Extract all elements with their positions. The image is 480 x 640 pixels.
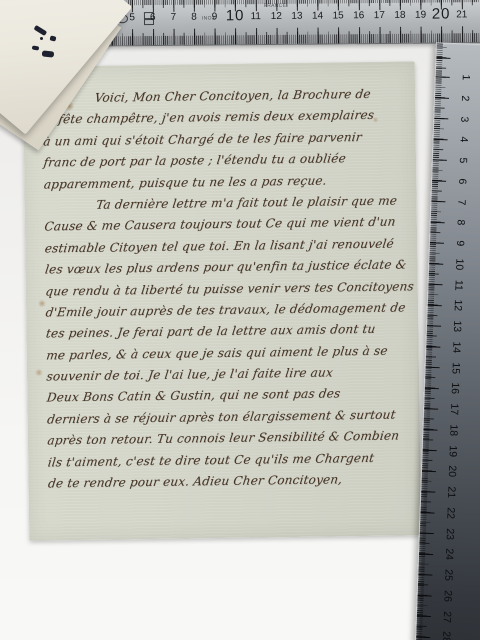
- france-engraving: FRANCE: [264, 3, 286, 9]
- inox-engraving: INOX: [202, 15, 215, 21]
- ruler-number: 18: [447, 424, 459, 436]
- tag-ink-marks: [26, 24, 68, 68]
- ruler-number: 8: [455, 219, 467, 225]
- ruler-number: 3: [458, 116, 470, 122]
- ruler-number: 13: [451, 320, 463, 332]
- ruler-number: 6: [456, 178, 468, 184]
- ruler-number: 22: [444, 507, 456, 519]
- ruler-number: 11: [251, 11, 261, 22]
- ruler-number: 10: [453, 258, 465, 270]
- ruler-number: 4: [457, 137, 469, 143]
- ruler-number: 14: [450, 341, 462, 353]
- letter-paper: Voici, Mon Cher Concitoyen, la Brochure …: [23, 61, 422, 540]
- ruler-number: 15: [333, 10, 344, 21]
- ruler-number: 13: [291, 11, 302, 22]
- ruler-number: 18: [394, 10, 405, 21]
- ruler-number: 10: [226, 7, 245, 24]
- ruler-number: 14: [312, 11, 323, 22]
- ruler-number: 25: [442, 569, 454, 581]
- ruler-number: 9: [454, 240, 466, 246]
- ruler-number: 24: [443, 548, 455, 560]
- boxed-stamp-icon: [144, 12, 154, 19]
- ruler-number: 27: [441, 611, 453, 623]
- ruler-number: 23: [444, 528, 456, 540]
- ruler-number: 17: [374, 10, 385, 21]
- photo-scene: Voici, Mon Cher Concitoyen, la Brochure …: [0, 0, 480, 640]
- vertical-ruler: 1234567891011121314151617181920212223242…: [415, 42, 480, 640]
- ruler-number: 19: [415, 10, 426, 21]
- ruler-number: 12: [452, 299, 464, 311]
- letter-line: de te rendre pour eux. Adieu Cher Concit…: [47, 468, 414, 495]
- ruler-number: 8: [191, 12, 197, 23]
- ruler-number: 26: [441, 590, 453, 602]
- ruler-tick-band: [58, 26, 480, 46]
- ruler-number: 21: [445, 486, 457, 498]
- ruler-number: 1: [460, 74, 472, 80]
- ruler-number: 19: [447, 445, 459, 457]
- ruler-number: 20: [446, 465, 458, 477]
- ruler-number: 28: [440, 631, 452, 640]
- ruler-number: 15: [449, 362, 461, 374]
- ruler-number: 5: [457, 157, 469, 163]
- letter-lines: Voici, Mon Cher Concitoyen, la Brochure …: [41, 83, 411, 530]
- ruler-number: 7: [455, 199, 467, 205]
- ruler-number: 17: [448, 403, 460, 415]
- ruler-number: 5: [129, 12, 135, 23]
- ruler-number: 11: [452, 279, 464, 290]
- ruler-number: 16: [449, 382, 461, 394]
- ruler-number: 12: [271, 11, 282, 22]
- ruler-number: 2: [459, 95, 471, 101]
- ruler-number: 21: [456, 9, 467, 20]
- ruler-number: 20: [432, 5, 451, 22]
- ruler-number: 7: [171, 12, 177, 23]
- ruler-number: 16: [353, 10, 364, 21]
